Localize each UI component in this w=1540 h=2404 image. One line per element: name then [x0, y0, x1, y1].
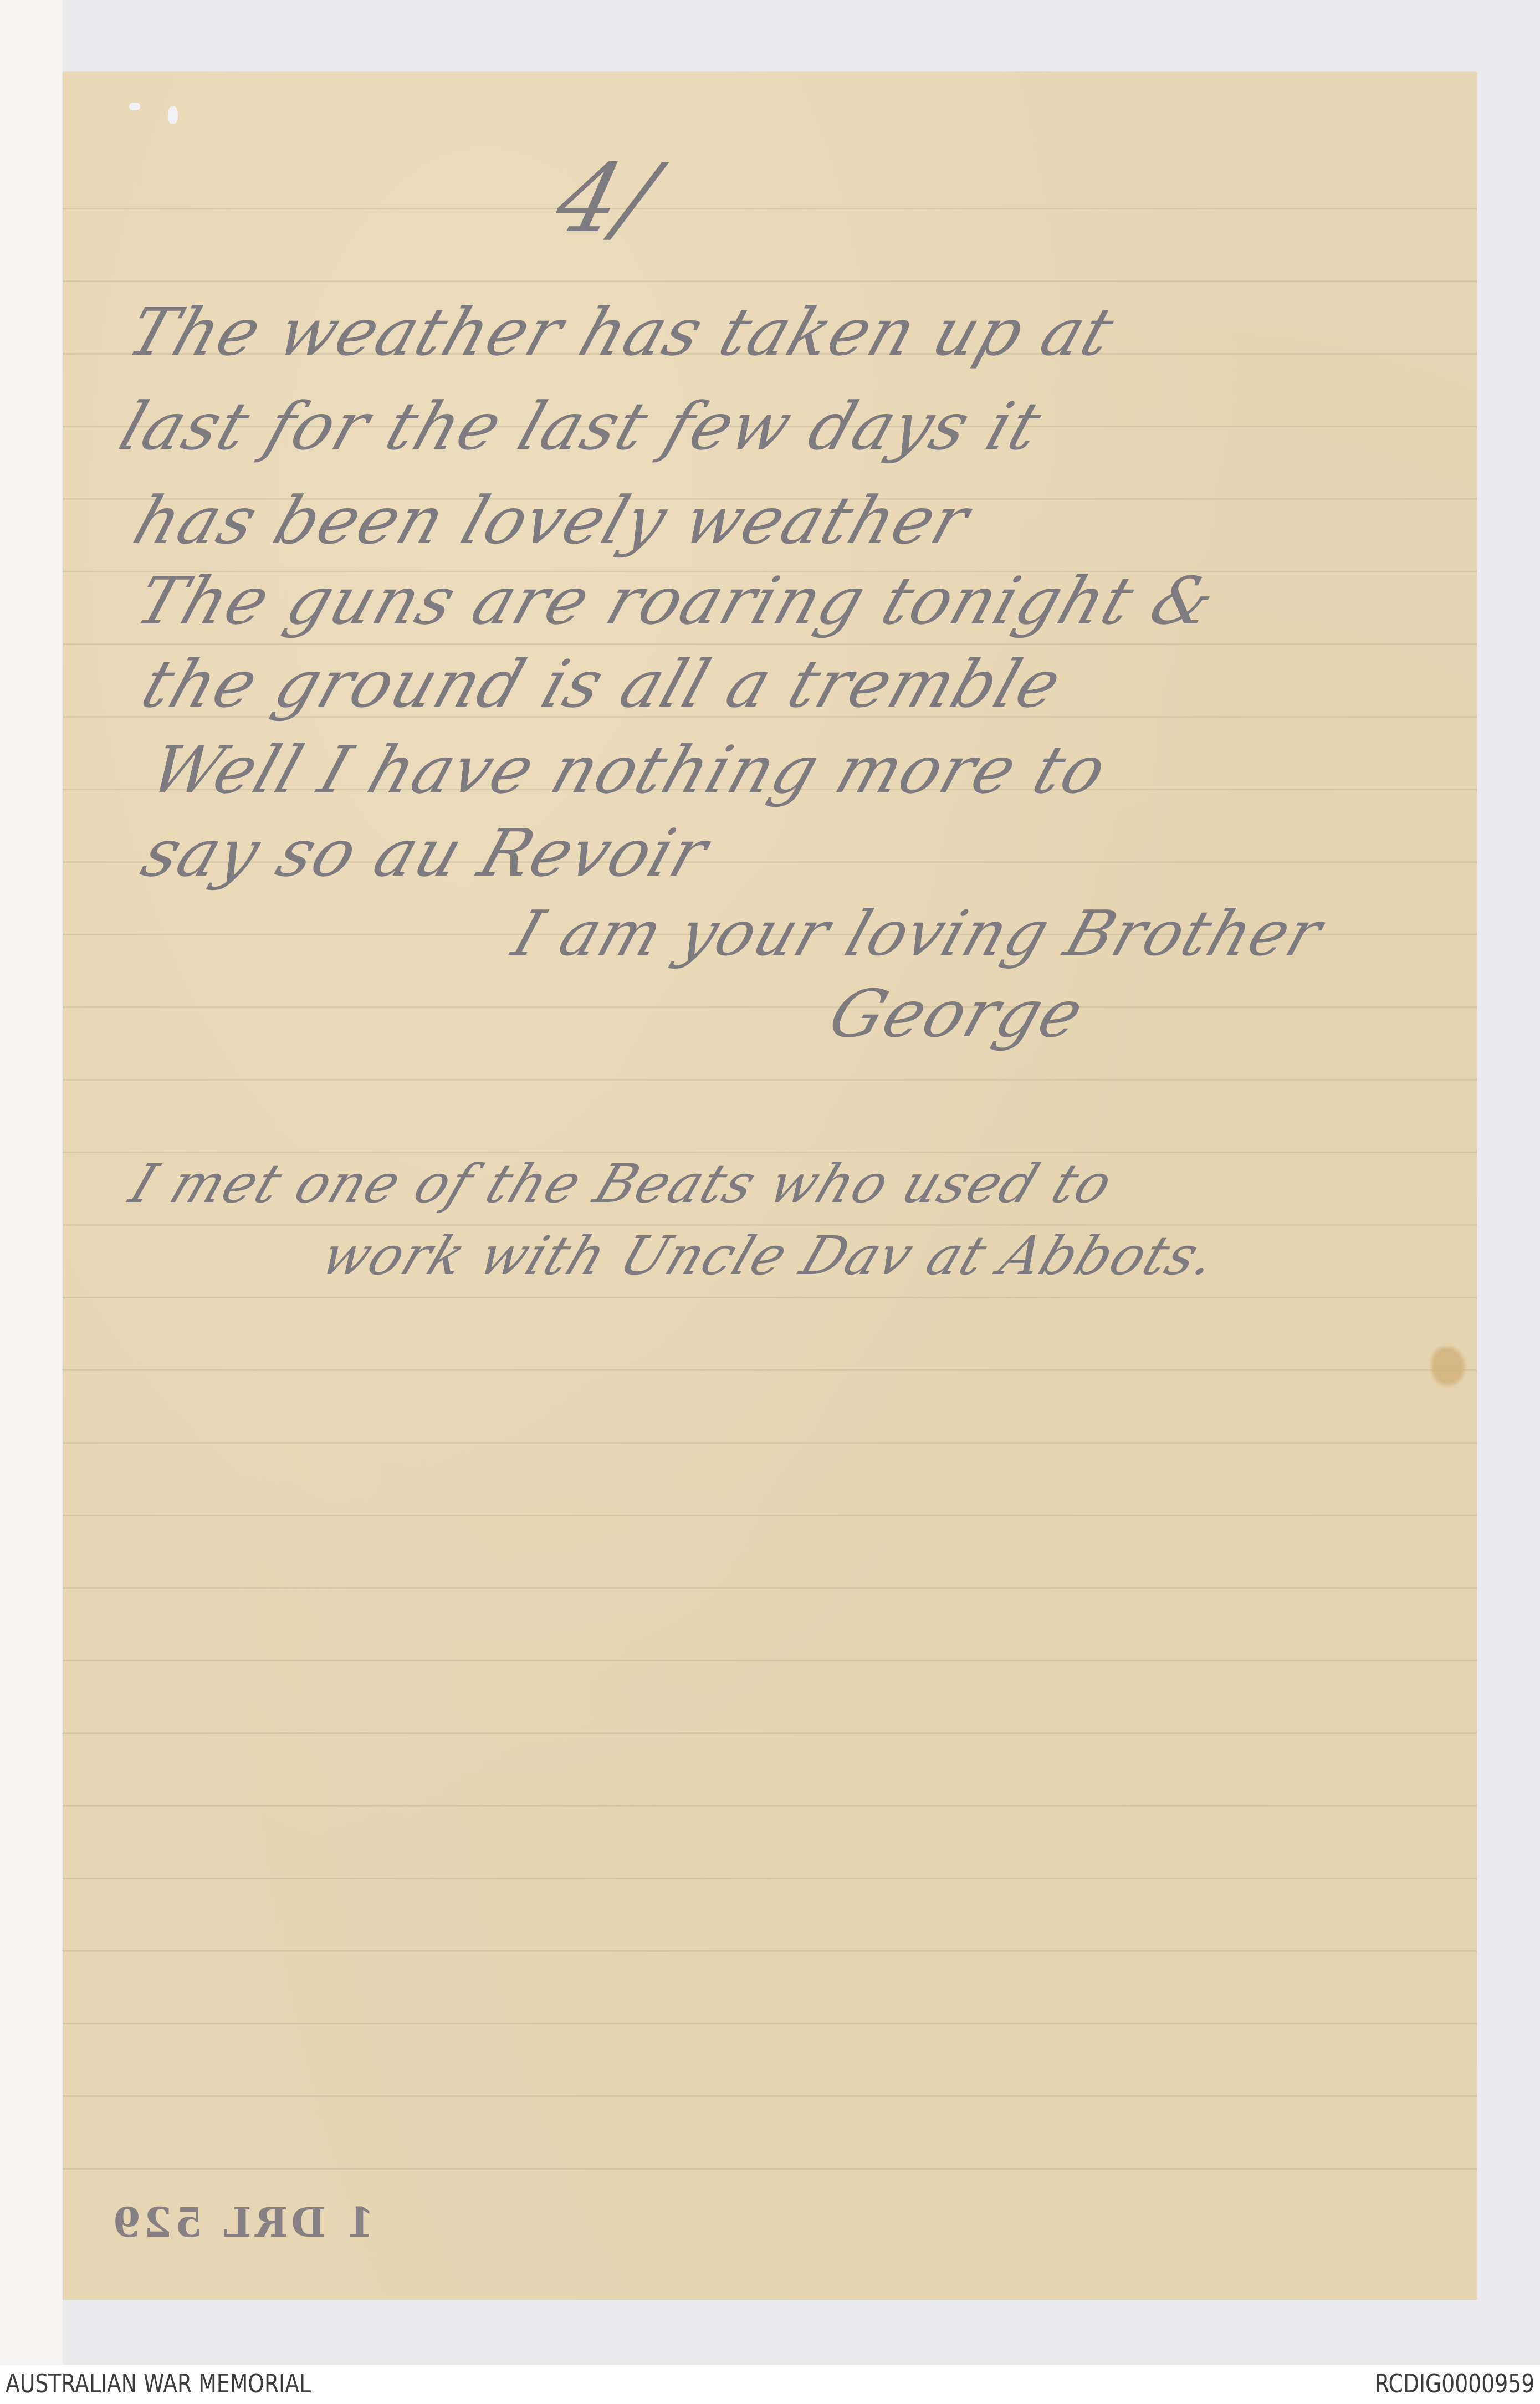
- letter-line: say so au Revoir: [133, 815, 718, 891]
- ruled-line: [63, 643, 1477, 645]
- archive-stamp: 1 DRL 529: [169, 2199, 374, 2246]
- signature: George: [820, 975, 1094, 1052]
- ruled-line: [63, 1442, 1477, 1444]
- paper-stain: [1431, 1347, 1465, 1385]
- postscript-line: work with Uncle Dav at Abbots.: [313, 1225, 1226, 1287]
- ruled-line: [63, 2095, 1477, 2097]
- footer-bar: AUSTRALIAN WAR MEMORIAL RCDIG0000959: [0, 2365, 1540, 2404]
- letter-line: has been lovely weather: [125, 482, 979, 559]
- ruled-line: [63, 1732, 1477, 1734]
- paper-hole: [129, 103, 140, 110]
- letter-line: The weather has taken up at: [119, 294, 1124, 370]
- image-id-label: RCDIG0000959: [1375, 2369, 1534, 2398]
- ruled-line: [63, 2168, 1477, 2170]
- ruled-line: [63, 208, 1477, 209]
- letter-line: The guns are roaring tonight &: [127, 562, 1225, 639]
- ruled-line: [63, 1950, 1477, 1952]
- letter-closing: I am your loving Brother: [504, 898, 1332, 970]
- letter-line: the ground is all a tremble: [133, 646, 1071, 722]
- letter-line: last for the last few days it: [111, 388, 1051, 464]
- paper-hole: [168, 106, 178, 124]
- ruled-line: [63, 1587, 1477, 1589]
- ruled-line: [63, 1660, 1477, 1661]
- ruled-line: [63, 1515, 1477, 1516]
- ruled-line: [63, 1079, 1477, 1081]
- ruled-line: [63, 1006, 1477, 1008]
- ruled-line: [63, 1297, 1477, 1298]
- institution-label: AUSTRALIAN WAR MEMORIAL: [6, 2369, 311, 2398]
- ruled-line: [63, 2023, 1477, 2024]
- ruled-line: [63, 1369, 1477, 1371]
- ruled-line: [63, 1878, 1477, 1879]
- scan-margin-left: [0, 0, 63, 2365]
- letter-line: Well I have nothing more to: [141, 732, 1117, 808]
- ruled-line: [63, 1805, 1477, 1807]
- postscript-line: I met one of the Beats who used to: [122, 1153, 1122, 1215]
- ruled-line: [63, 280, 1477, 282]
